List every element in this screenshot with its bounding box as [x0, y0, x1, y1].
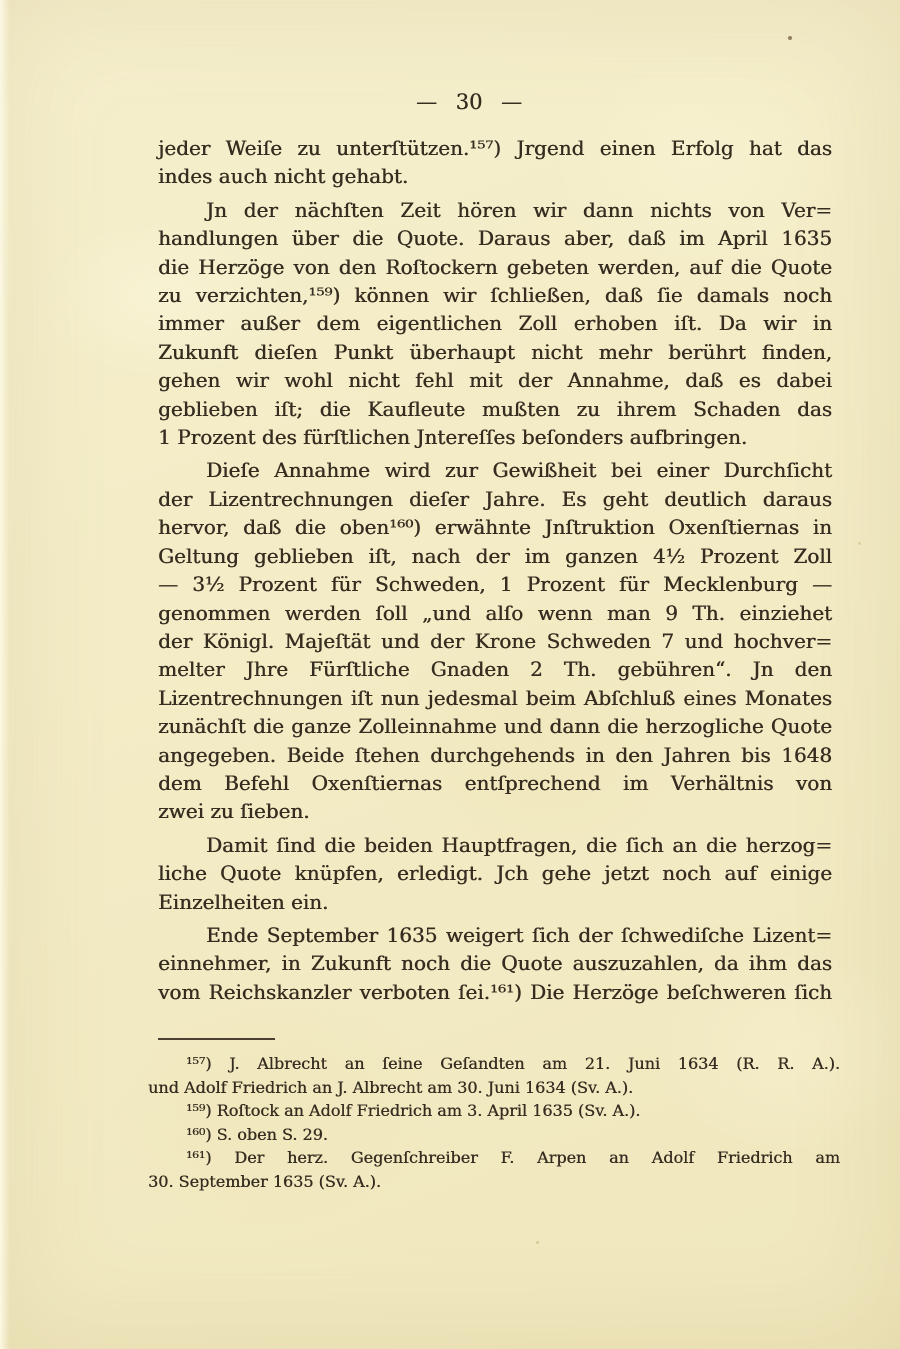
text-line: liche Quote knüpfen, erledigt. Jch gehe … — [158, 859, 832, 887]
text-line: zunächſt die ganze Zolleinnahme und dann… — [158, 712, 832, 740]
paragraph: jeder Weiſe zu unterſtützen.¹⁵⁷) Jrgend … — [158, 134, 832, 191]
text-line: Dieſe Annahme wird zur Gewißheit bei ein… — [158, 456, 832, 484]
footnote-line: ¹⁵⁷) J. Albrecht an ſeine Geſandten am 2… — [148, 1052, 840, 1076]
paragraph: Damit ſind die beiden Hauptfragen, die ſ… — [158, 831, 832, 916]
text-line: dem Befehl Oxenſtiernas entſprechend im … — [158, 769, 832, 797]
text-line: der Königl. Majeſtät und der Krone Schwe… — [158, 627, 832, 655]
paper-speck — [788, 36, 792, 40]
text-line: Jn der nächſten Zeit hören wir dann nich… — [158, 196, 832, 224]
text-line: Damit ſind die beiden Hauptfragen, die ſ… — [158, 831, 832, 859]
text-line: immer außer dem eigentlichen Zoll erhobe… — [158, 309, 832, 337]
text-line: Geltung geblieben iſt, nach der im ganze… — [158, 542, 832, 570]
text-line: zu verzichten,¹⁵⁹) können wir ſchließen,… — [158, 281, 832, 309]
footnote-separator — [158, 1038, 275, 1040]
text-line: jeder Weiſe zu unterſtützen.¹⁵⁷) Jrgend … — [158, 134, 832, 162]
footnotes: ¹⁵⁷) J. Albrecht an ſeine Geſandten am 2… — [148, 1052, 840, 1194]
footnote-line: ¹⁵⁹) Roſtock an Adolf Friedrich am 3. Ap… — [148, 1099, 840, 1123]
footnote-line: ¹⁶⁰) S. oben S. 29. — [148, 1123, 840, 1147]
text-line: geblieben iſt; die Kaufleute mußten zu i… — [158, 395, 832, 423]
text-line: Einzelheiten ein. — [158, 888, 832, 916]
footnote-line: 30. September 1635 (Sv. A.). — [148, 1170, 840, 1194]
text-line: Lizentrechnungen iſt nun jedesmal beim A… — [158, 684, 832, 712]
paper-speck — [858, 542, 861, 545]
text-line: der Lizentrechnungen dieſer Jahre. Es ge… — [158, 485, 832, 513]
text-line: gehen wir wohl nicht fehl mit der Annahm… — [158, 366, 832, 394]
text-line: die Herzöge von den Roſtockern gebeten w… — [158, 253, 832, 281]
text-line: 1 Prozent des fürſtlichen Jntereſſes beſ… — [158, 423, 832, 451]
paragraph: Ende September 1635 weigert ſich der ſch… — [158, 921, 832, 1006]
text-line: einnehmer, in Zukunft noch die Quote aus… — [158, 949, 832, 977]
text-line: vom Reichskanzler verboten ſei.¹⁶¹) Die … — [158, 978, 832, 1006]
book-page: — 30 — jeder Weiſe zu unterſtützen.¹⁵⁷) … — [0, 0, 900, 1349]
footnote-line: ¹⁶¹) Der herz. Gegenſchreiber F. Arpen a… — [148, 1146, 840, 1170]
text-line: genommen werden ſoll „und alſo wenn man … — [158, 599, 832, 627]
text-line: handlungen über die Quote. Daraus aber, … — [158, 224, 832, 252]
page-number: — 30 — — [416, 90, 522, 114]
text-line: angegeben. Beide ſtehen durchgehends in … — [158, 741, 832, 769]
text-line: Ende September 1635 weigert ſich der ſch… — [158, 921, 832, 949]
paragraph: Dieſe Annahme wird zur Gewißheit bei ein… — [158, 456, 832, 825]
text-line: zwei zu ſieben. — [158, 797, 832, 825]
text-line: Zukunft dieſen Punkt überhaupt nicht meh… — [158, 338, 832, 366]
text-line: hervor, daß die oben¹⁶⁰) erwähnte Jnſtru… — [158, 513, 832, 541]
body-text: jeder Weiſe zu unterſtützen.¹⁵⁷) Jrgend … — [158, 134, 832, 1006]
paragraph: Jn der nächſten Zeit hören wir dann nich… — [158, 196, 832, 452]
footnote-line: und Adolf Friedrich an J. Albrecht am 30… — [148, 1076, 840, 1100]
page-left-edge — [0, 0, 10, 1349]
text-line: — 3½ Prozent für Schweden, 1 Prozent für… — [158, 570, 832, 598]
page-header: — 30 — — [19, 90, 900, 114]
text-line: melter Jhre Fürſtliche Gnaden 2 Th. gebü… — [158, 655, 832, 683]
paper-speck — [536, 1241, 539, 1244]
text-line: indes auch nicht gehabt. — [158, 162, 832, 190]
